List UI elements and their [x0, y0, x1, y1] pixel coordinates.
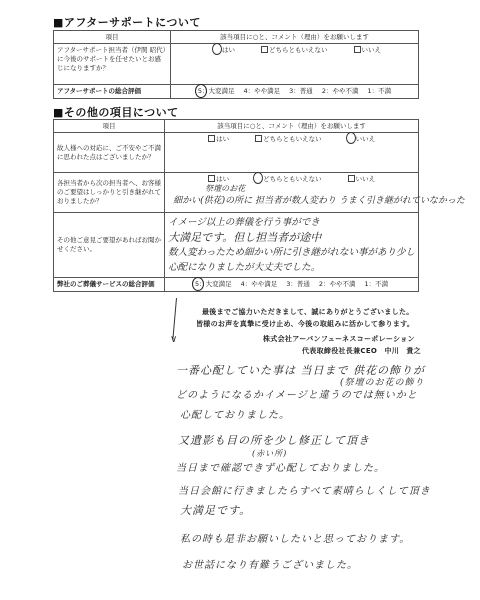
header-item: 項目 — [54, 31, 171, 44]
checkbox-icon — [261, 46, 268, 53]
section-title-other-items: ■その他の項目について — [53, 104, 179, 120]
options-group: はい どちらともいえない いいえ — [168, 175, 415, 184]
options-group: はい どちらともいえない いいえ — [168, 135, 415, 144]
rating-option-2[interactable]: 2：やや不満 — [319, 280, 356, 289]
rating-row: 弊社のご葬儀サービスの総合評価 5：大変満足 4：やや満足 3：普通 2：やや不… — [54, 278, 419, 292]
header-item: 項目 — [54, 120, 165, 133]
rating-option-3[interactable]: 3：普通 — [286, 280, 310, 289]
option-no[interactable]: いいえ — [348, 135, 376, 144]
handwritten-line: 大満足です。 — [180, 502, 251, 518]
checkbox-icon — [255, 135, 262, 142]
rating-option-1[interactable]: 1：不満 — [365, 280, 389, 289]
other-items-table: 項目 該当項目に○と、コメント（理由）をお願いします 故人様への対応に、ご不安や… — [53, 119, 419, 292]
question-text: その他ご意見ご要望があればお聞かせください。 — [54, 213, 165, 278]
handwritten-line: 又遺影も目の所を少し修正して頂き — [178, 432, 370, 448]
table-header-row: 項目 該当項目に○と、コメント（理由）をお願いします — [54, 31, 419, 44]
question-text: 各担当者から次の担当者へ、お客様のご要望はしっかりと引き継がれておりましたか？ — [54, 173, 165, 213]
arrow-down-icon: ∨ — [170, 334, 177, 345]
signatory: 代表取締役社長兼CEO 中川 貴之 — [302, 346, 421, 356]
option-neutral[interactable]: どちらともいえない — [255, 175, 322, 184]
option-yes[interactable]: はい — [208, 175, 229, 184]
handwritten-line: 当日会館に行きましたらすべて素晴らしくして頂き — [178, 482, 431, 497]
circle-mark-icon — [253, 172, 263, 184]
handwritten-line: お世話になり有難うございました。 — [182, 556, 358, 571]
rating-option-4[interactable]: 4：やや満足 — [244, 87, 281, 96]
handwritten-line: 私の時も是非お願いしたいと思っております。 — [180, 530, 410, 545]
answer-cell: はい どちらともいえない いいえ — [171, 44, 419, 85]
option-yes[interactable]: はい — [208, 135, 229, 144]
header-instruction: 該当項目に○と、コメント（理由）をお願いします — [165, 120, 419, 133]
circle-mark-icon — [346, 132, 356, 144]
closing-commitment: 皆様のお声を真摯に受け止め、今後の取組みに活かして参ります。 — [196, 319, 414, 329]
handwritten-line: 当日まで確認できず心配しておりました。 — [176, 459, 385, 474]
rating-option-1[interactable]: 1：不満 — [367, 87, 391, 96]
option-neutral[interactable]: どちらともいえない — [255, 135, 322, 144]
handwritten-annotation: 祭壇のお花 — [205, 184, 245, 195]
table-header-row: 項目 該当項目に○と、コメント（理由）をお願いします — [54, 120, 419, 133]
answer-cell: はい どちらともいえない いいえ — [165, 133, 419, 173]
handwritten-comment-line: 心配になりましたが大丈夫でした。 — [168, 260, 415, 275]
checkbox-icon — [354, 46, 361, 53]
section-title-after-support: ■アフターサポートについて — [53, 14, 201, 30]
rating-option-3[interactable]: 3：普通 — [289, 87, 313, 96]
table-row: アフターサポート担当者（伊関 昭代）に今後のサポートを任せたいとお感じになります… — [54, 44, 419, 85]
circle-mark-icon — [212, 43, 222, 55]
checkbox-icon — [208, 175, 215, 182]
table-row: 故人様への対応に、ご不安やご不満に思われた点はございましたか？ はい どちらとも… — [54, 133, 419, 173]
handwritten-comment-line: イメージ以上の葬儀を行う事ができ — [168, 215, 415, 230]
handwritten-line: 心配しておりました。 — [180, 406, 290, 421]
handwritten-line: どのようになるかイメージと違うのでは無いかと — [176, 386, 418, 401]
question-text: 故人様への対応に、ご不安やご不満に思われた点はございましたか？ — [54, 133, 165, 173]
rating-scale: 5：大変満足 4：やや満足 3：普通 2：やや不満 1：不満 — [165, 278, 419, 292]
options-group: はい どちらともいえない いいえ — [174, 46, 415, 55]
answer-cell: はい どちらともいえない いいえ 祭壇のお花 細かい(供花)の所に 担当者が数人… — [165, 173, 419, 213]
option-yes[interactable]: はい — [214, 46, 235, 55]
table-row: その他ご意見ご要望があればお聞かせください。 イメージ以上の葬儀を行う事ができ … — [54, 213, 419, 278]
closing-thanks: 最後までご協力いただきまして、誠にありがとうございました。 — [202, 307, 414, 317]
handwritten-comment-line: 数人変わったため細かい所に引き継がれない事があり少し — [168, 245, 415, 260]
company-name: 株式会社アーバンフューネスコーポレーション — [263, 334, 415, 344]
rating-option-4[interactable]: 4：やや満足 — [241, 280, 278, 289]
rating-row: アフターサポートの総合評価 5：大変満足 4：やや満足 3：普通 2：やや不満 … — [54, 85, 419, 99]
rating-scale: 5：大変満足 4：やや満足 3：普通 2：やや不満 1：不満 — [171, 85, 419, 99]
rating-label: 弊社のご葬儀サービスの総合評価 — [54, 278, 165, 292]
table-row: 各担当者から次の担当者へ、お客様のご要望はしっかりと引き継がれておりましたか？ … — [54, 173, 419, 213]
handwritten-comment: 細かい(供花)の所に 担当者が数人変わり うまく引き継がれていなかった — [173, 195, 465, 207]
rating-option-2[interactable]: 2：やや不満 — [322, 87, 359, 96]
comment-cell: イメージ以上の葬儀を行う事ができ 大満足です。但し担当者が途中 数人変わったため… — [165, 213, 419, 278]
checkbox-icon — [208, 135, 215, 142]
handwritten-annotation: (赤い所) — [252, 448, 287, 459]
handwritten-line: 一番心配していた事は 当日まで 供花の飾りが — [176, 362, 425, 378]
handwritten-comment-line: 大満足です。但し担当者が途中 — [168, 230, 415, 245]
rating-label: アフターサポートの総合評価 — [54, 85, 171, 99]
question-text: アフターサポート担当者（伊関 昭代）に今後のサポートを任せたいとお感じになります… — [54, 44, 171, 85]
after-support-table: 項目 該当項目に○と、コメント（理由）をお願いします アフターサポート担当者（伊… — [53, 30, 419, 99]
option-no[interactable]: いいえ — [354, 46, 382, 55]
option-neutral[interactable]: どちらともいえない — [261, 46, 328, 55]
header-instruction: 該当項目に○と、コメント（理由）をお願いします — [171, 31, 419, 44]
checkbox-icon — [348, 175, 355, 182]
rating-option-5[interactable]: 5：大変満足 — [198, 87, 235, 96]
option-no[interactable]: いいえ — [348, 175, 376, 184]
rating-option-5[interactable]: 5：大変満足 — [195, 280, 232, 289]
